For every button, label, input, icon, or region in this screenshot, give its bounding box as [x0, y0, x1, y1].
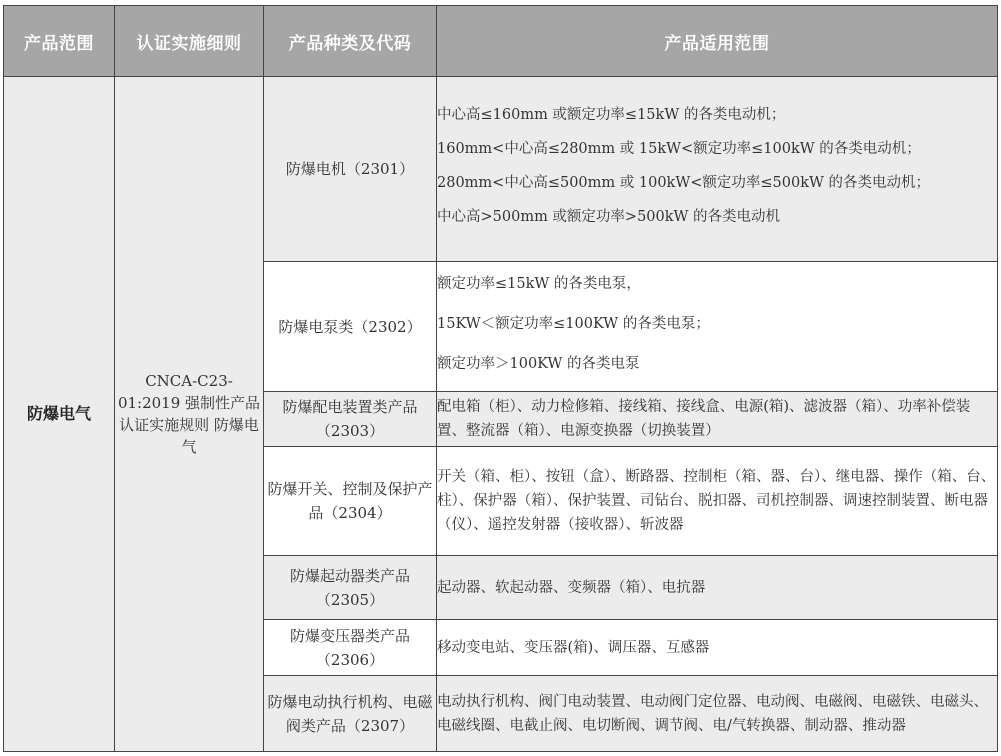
header-applicable-range: 产品适用范围 [437, 6, 998, 77]
product-type-cell: 防爆变压器类产品（2306） [264, 620, 437, 676]
product-scope-cell: 防爆电气 [4, 77, 115, 752]
range-line: 额定功率＞100KW 的各类电泵 [437, 344, 997, 384]
range-line: 160mm<中心高≤280mm 或 15kW<额定功率≤100kW 的各类电动机… [437, 132, 997, 166]
product-type-cell: 防爆开关、控制及保护产品（2304） [264, 447, 437, 556]
range-line: 中心高>500mm 或额定功率>500kW 的各类电动机 [437, 200, 997, 234]
header-product-scope: 产品范围 [4, 6, 115, 77]
product-type-cell: 防爆电泵类（2302） [264, 262, 437, 392]
range-line: 中心高≤160mm 或额定功率≤15kW 的各类电动机； [437, 98, 997, 132]
certification-scope-table: 产品范围 认证实施细则 产品种类及代码 产品适用范围 防爆电气 CNCA-C23… [3, 5, 998, 752]
applicable-range-cell: 移动变电站、变压器(箱)、调压器、互感器 [437, 620, 998, 676]
header-product-type-code: 产品种类及代码 [264, 6, 437, 77]
applicable-range-cell: 额定功率≤15kW 的各类电泵， 15KW＜额定功率≤100KW 的各类电泵； … [437, 262, 998, 392]
product-type-cell: 防爆配电装置类产品（2303） [264, 392, 437, 447]
applicable-range-cell: 配电箱（柜）、动力检修箱、接线箱、接线盒、电源(箱)、滤波器（箱）、功率补偿装置… [437, 392, 998, 447]
range-line: 280mm<中心高≤500mm 或 100kW<额定功率≤500kW 的各类电动… [437, 166, 997, 200]
product-type-cell: 防爆起动器类产品（2305） [264, 556, 437, 620]
applicable-range-cell: 中心高≤160mm 或额定功率≤15kW 的各类电动机； 160mm<中心高≤2… [437, 77, 998, 262]
product-type-cell: 防爆电机（2301） [264, 77, 437, 262]
applicable-range-cell: 起动器、软起动器、变频器（箱）、电抗器 [437, 556, 998, 620]
table-header-row: 产品范围 认证实施细则 产品种类及代码 产品适用范围 [4, 6, 998, 77]
header-implementation-rule: 认证实施细则 [115, 6, 264, 77]
range-line: 额定功率≤15kW 的各类电泵， [437, 264, 997, 304]
table-row: 防爆电气 CNCA-C23-01:2019 强制性产品认证实施规则 防爆电气 防… [4, 77, 998, 262]
implementation-rule-cell: CNCA-C23-01:2019 强制性产品认证实施规则 防爆电气 [115, 77, 264, 752]
range-line: 15KW＜额定功率≤100KW 的各类电泵； [437, 304, 997, 344]
applicable-range-cell: 电动执行机构、阀门电动装置、电动阀门定位器、电动阀、电磁阀、电磁铁、电磁头、电磁… [437, 676, 998, 752]
product-type-cell: 防爆电动执行机构、电磁阀类产品（2307） [264, 676, 437, 752]
applicable-range-cell: 开关（箱、柜）、按钮（盒）、断路器、控制柜（箱、器、台）、继电器、操作（箱、台、… [437, 447, 998, 556]
